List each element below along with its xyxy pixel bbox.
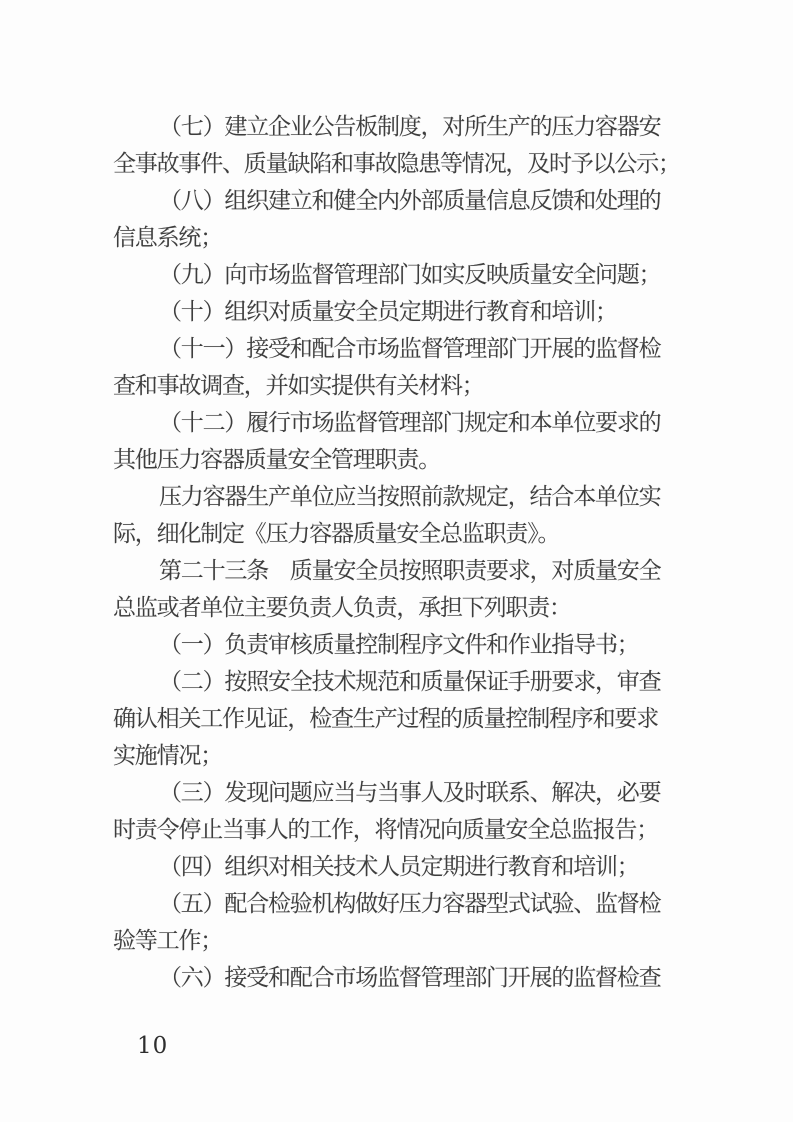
text-line-18: 实施情况； [113, 738, 685, 775]
page-number: 10 [137, 1033, 168, 1059]
text-line-16: （二）按照安全技术规范和质量保证手册要求，审查 [113, 664, 685, 701]
text-line-07: （十一）接受和配合市场监督管理部门开展的监督检 [113, 331, 685, 368]
text-line-24: （六）接受和配合市场监督管理部门开展的监督检查 [113, 960, 685, 997]
text-line-08: 查和事故调查，并如实提供有关材料； [113, 368, 685, 405]
text-line-20: 时责令停止当事人的工作，将情况向质量安全总监报告； [113, 812, 685, 849]
text-line-06: （十）组织对质量安全员定期进行教育和培训； [113, 294, 685, 331]
text-line-21: （四）组织对相关技术人员定期进行教育和培训； [113, 849, 685, 886]
text-line-04: 信息系统； [113, 220, 685, 257]
text-line-09: （十二）履行市场监督管理部门规定和本单位要求的 [113, 405, 685, 442]
text-line-17: 确认相关工作见证，检查生产过程的质量控制程序和要求 [113, 701, 685, 738]
text-line-01: （七）建立企业公告板制度，对所生产的压力容器安 [113, 109, 685, 146]
text-line-10: 其他压力容器质量安全管理职责。 [113, 442, 685, 479]
text-line-05: （九）向市场监督管理部门如实反映质量安全问题； [113, 257, 685, 294]
text-line-11: 压力容器生产单位应当按照前款规定，结合本单位实 [113, 479, 685, 516]
text-line-19: （三）发现问题应当与当事人及时联系、解决，必要 [113, 775, 685, 812]
text-line-22: （五）配合检验机构做好压力容器型式试验、监督检 [113, 886, 685, 923]
text-line-23: 验等工作； [113, 923, 685, 960]
text-line-14: 总监或者单位主要负责人负责，承担下列职责： [113, 590, 685, 627]
text-line-02: 全事故事件、质量缺陷和事故隐患等情况，及时予以公示； [113, 146, 685, 183]
document-page: （七）建立企业公告板制度，对所生产的压力容器安 全事故事件、质量缺陷和事故隐患等… [0, 0, 793, 1122]
text-line-03: （八）组织建立和健全内外部质量信息反馈和处理的 [113, 183, 685, 220]
text-line-15: （一）负责审核质量控制程序文件和作业指导书； [113, 627, 685, 664]
text-line-13: 第二十三条 质量安全员按照职责要求，对质量安全 [113, 553, 685, 590]
text-line-12: 际，细化制定《压力容器质量安全总监职责》。 [113, 516, 685, 553]
document-body: （七）建立企业公告板制度，对所生产的压力容器安 全事故事件、质量缺陷和事故隐患等… [113, 109, 685, 997]
